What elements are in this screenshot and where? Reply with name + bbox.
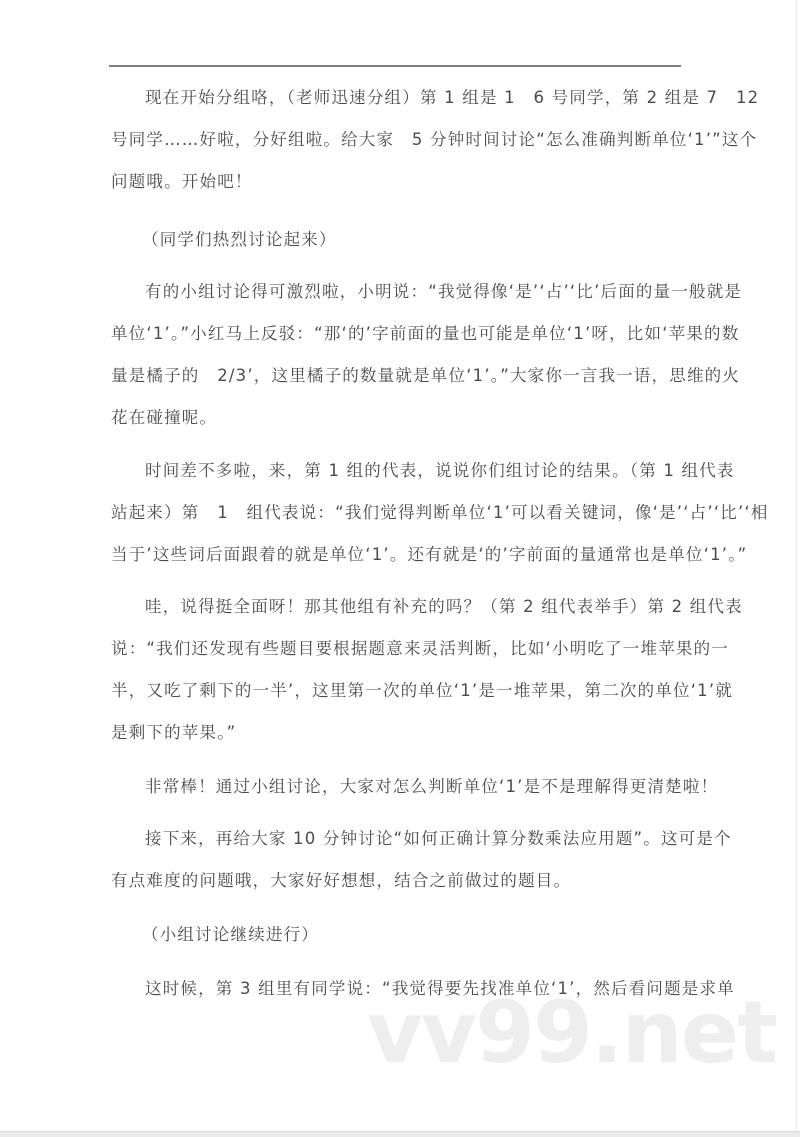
paragraph-line: 说：“我们还发现有些题目要根据题意来灵活判断，比如‘小明吃了一堆苹果的一 [111, 639, 729, 659]
paragraph-line: 是剩下的苹果。” [111, 723, 236, 743]
header-rule [109, 65, 681, 67]
paragraph-line: 有点难度的问题哦，大家好好想想，结合之前做过的题目。 [111, 871, 571, 891]
paragraph-line: 半，又吃了剩下的一半’，这里第一次的单位‘1’是一堆苹果，第二次的单位‘1’就 [111, 681, 733, 701]
paragraph-line: 问题哦。开始吧！ [111, 172, 253, 192]
page-bottom-edge [0, 1131, 800, 1137]
paragraph-line: 站起来）第 1 组代表说：“我们觉得判断单位‘1’可以看关键词，像‘是’‘占’‘… [111, 503, 769, 523]
paragraph-line: 号同学……好啦，分好组啦。给大家 5 分钟时间讨论“怎么准确判断单位‘1’”这个 [111, 130, 757, 150]
paragraph-line: 现在开始分组咯，（老师迅速分组）第 1 组是 1 6 号同学，第 2 组是 7 … [145, 88, 759, 108]
paragraph-line: 当于’这些词后面跟着的就是单位‘1’。还有就是‘的’字前面的量通常也是单位‘1’… [111, 545, 747, 565]
paragraph-line: 时间差不多啦，来，第 1 组的代表，说说你们组讨论的结果。（第 1 组代表 [145, 461, 735, 481]
paragraph-line: 单位‘1’。”小红马上反驳：“那‘的’字前面的量也可能是单位‘1’呀，比如‘苹果… [111, 324, 739, 344]
paragraph-line: 花在碰撞呢。 [111, 408, 217, 428]
paragraph-line: 哇，说得挺全面呀！那其他组有补充的吗？（第 2 组代表举手）第 2 组代表 [145, 597, 743, 617]
paragraph-line: 量是橘子的 2/3’，这里橘子的数量就是单位‘1’。”大家你一言我一语，思维的火 [111, 366, 740, 386]
stage-direction: （小组讨论继续进行） [142, 925, 319, 945]
stage-direction: （同学们热烈讨论起来） [142, 230, 337, 250]
paragraph-line: 非常棒！通过小组讨论，大家对怎么判断单位‘1’是不是理解得更清楚啦！ [145, 777, 718, 797]
document-page: 现在开始分组咯，（老师迅速分组）第 1 组是 1 6 号同学，第 2 组是 7 … [0, 0, 797, 1131]
paragraph-line: 接下来，再给大家 10 分钟讨论“如何正确计算分数乘法应用题”。这可是个 [145, 829, 732, 849]
paragraph-line: 有的小组讨论得可激烈啦，小明说：“我觉得像‘是’‘占’‘比’后面的量一般就是 [145, 282, 742, 302]
watermark: vv99.net [367, 990, 776, 1076]
